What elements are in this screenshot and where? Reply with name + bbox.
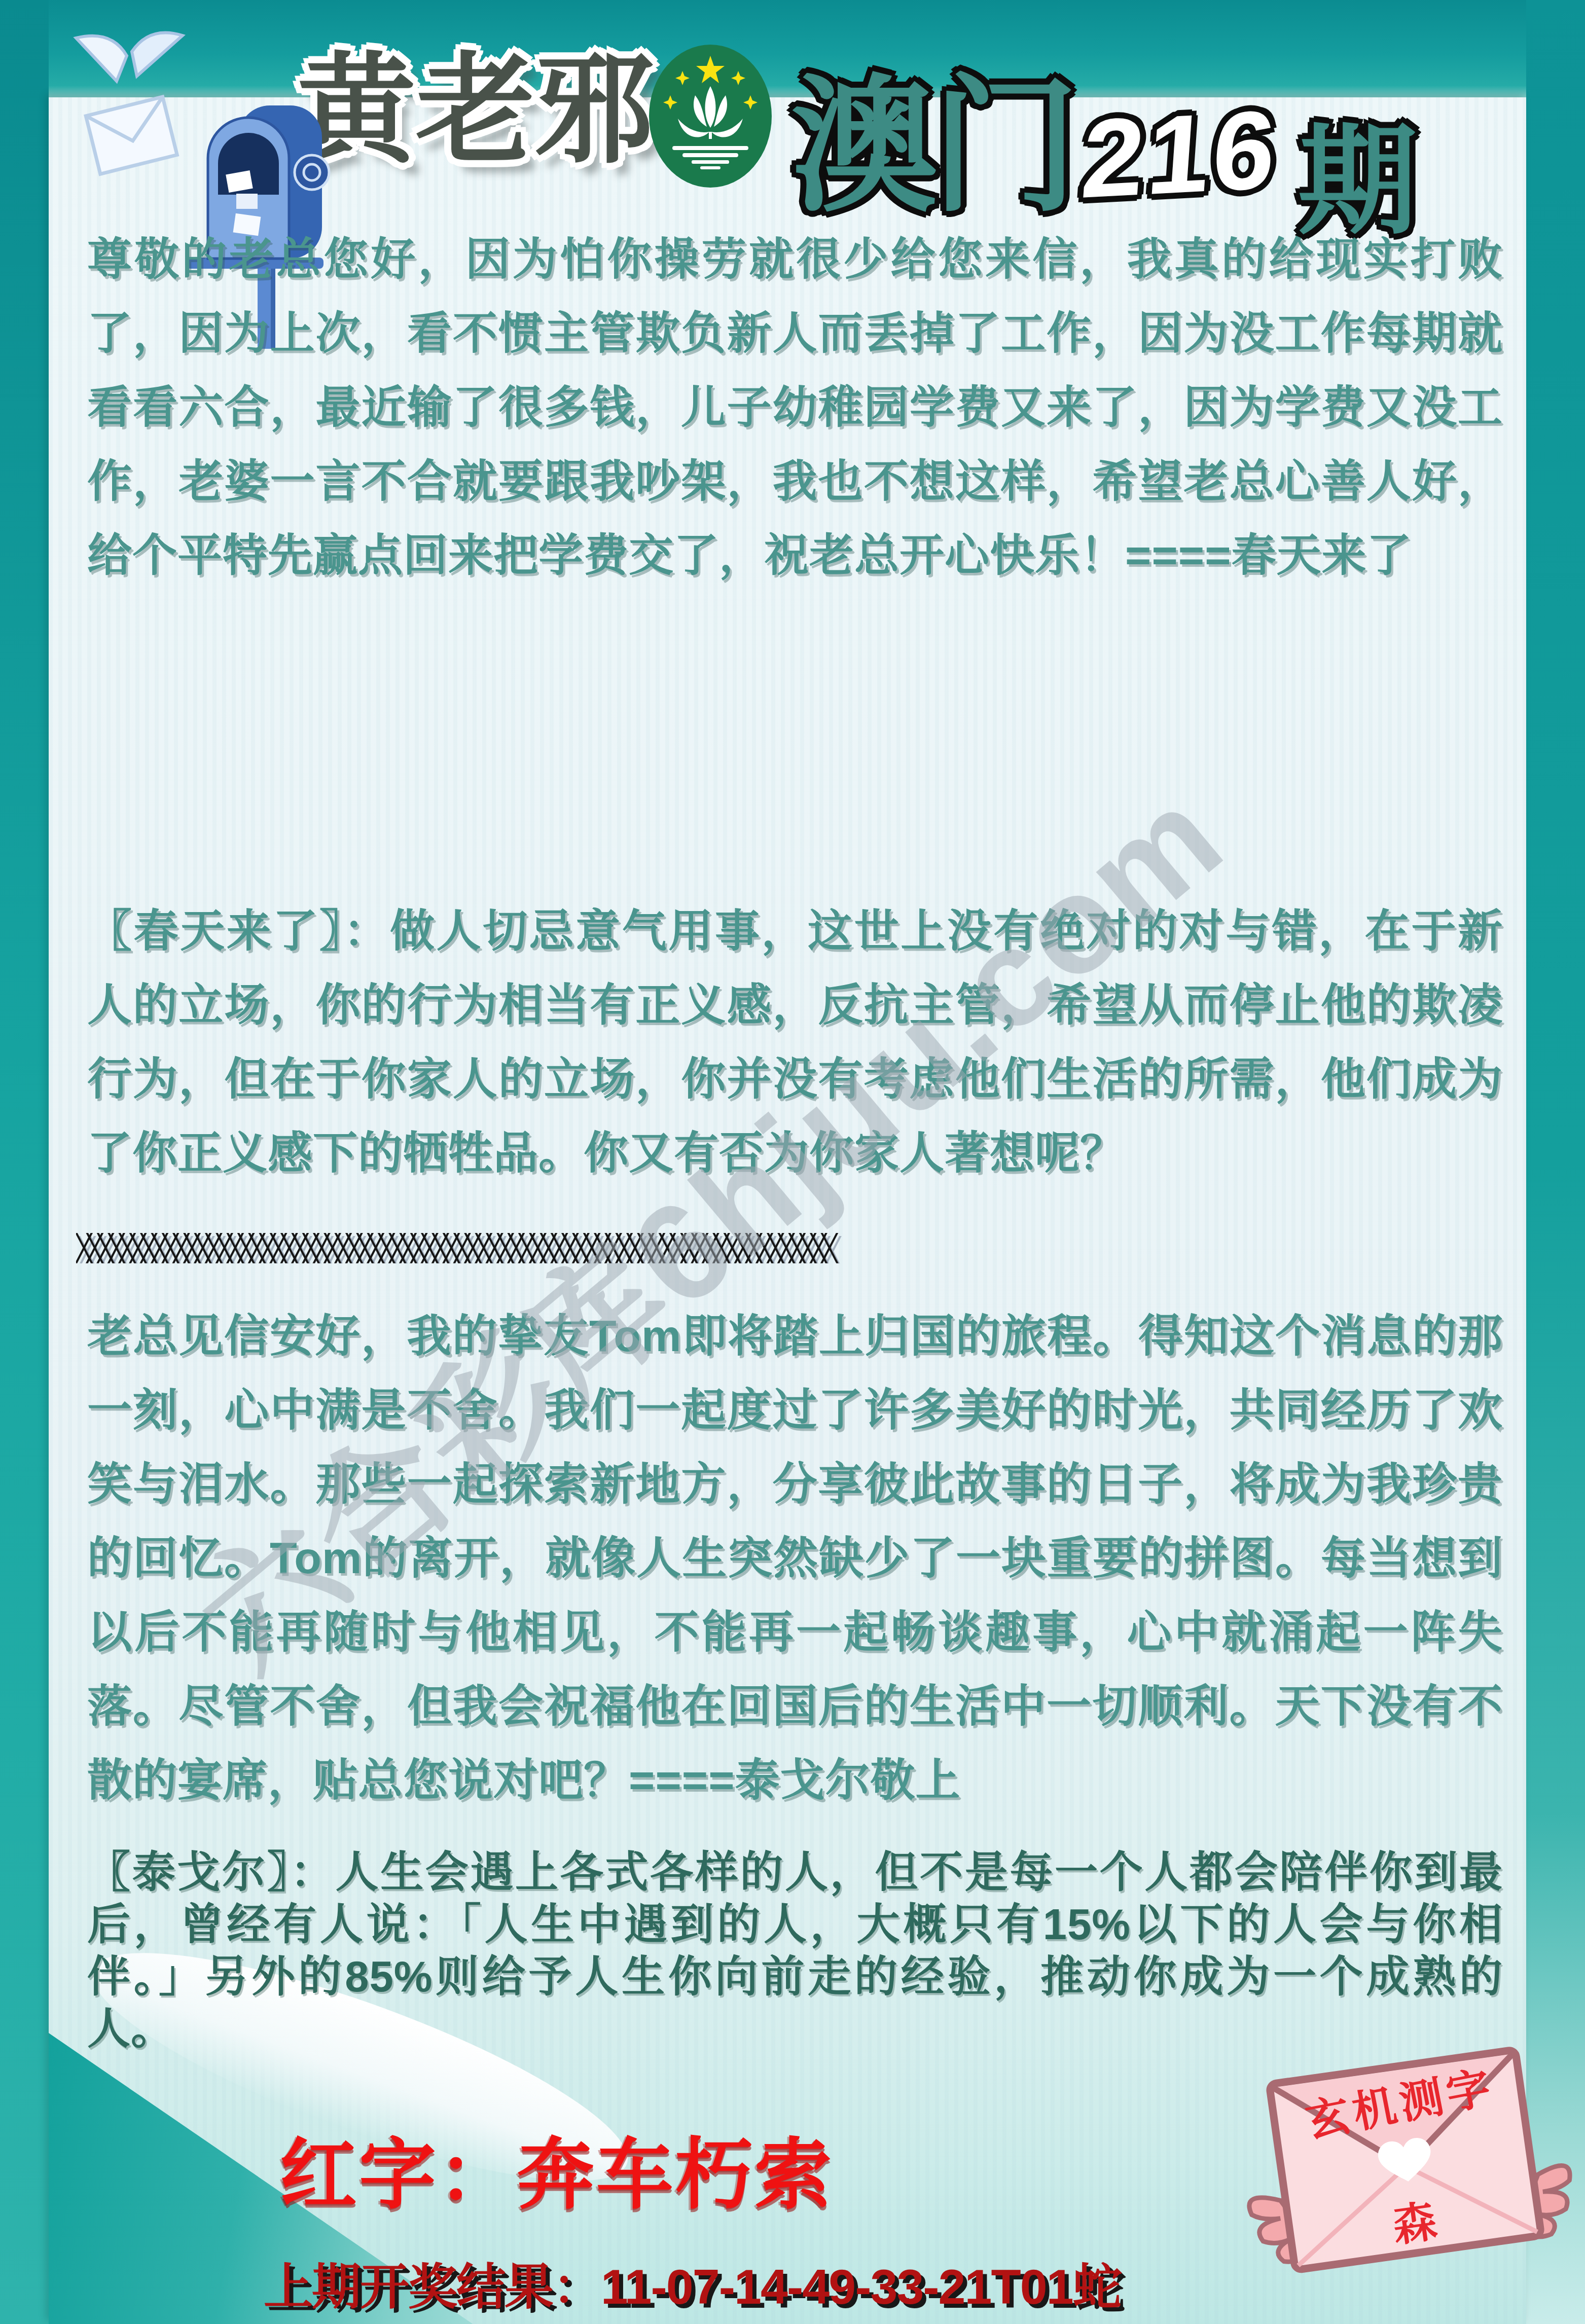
- previous-draw-result: 上期开奖结果：11-07-14-49-33-21T01蛇: [264, 2247, 1121, 2318]
- reader-letter-1: 尊敬的老总您好，因为怕你操劳就很少给您来信，我真的给现实打败了，因为上次，看不惯…: [87, 222, 1503, 592]
- envelope-seal-character: 森: [1390, 2197, 1440, 2251]
- red-word-hint: 红字：奔车朽索: [280, 2113, 834, 2224]
- left-border: [0, 0, 49, 2324]
- editor-reply-2: 〖泰戈尔〗：人生会遇上各式各样的人，但不是每一个人都会陪伴你到最后，曾经有人说：…: [87, 1846, 1503, 2055]
- site-title: 黄老邪: [297, 15, 654, 186]
- issue-number: 216: [1077, 85, 1283, 224]
- winged-envelope-icon: 玄机测字 森: [1230, 2030, 1584, 2314]
- macau-emblem-icon: [646, 42, 774, 191]
- region-title: 澳门: [791, 28, 1073, 239]
- right-border: [1526, 0, 1585, 2324]
